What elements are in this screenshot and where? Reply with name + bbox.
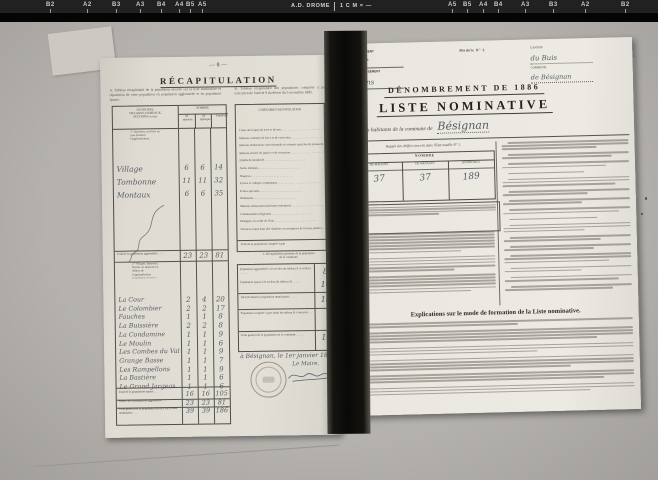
list-title: LISTE NOMINATIVE: [365, 95, 563, 118]
table-a-col-header: QUARTIERS, VILLAGES, HAMEAUX, SECTIONS o…: [129, 108, 162, 119]
ruler-tick: [190, 9, 191, 13]
ruler-mark-label: B4: [157, 2, 166, 8]
total-row: Total général de la population inscrite …: [117, 406, 230, 416]
houses-count: 23: [182, 398, 198, 406]
houses-count: 2: [181, 322, 197, 330]
households-count: 1: [197, 348, 213, 356]
ruler-mark-label: A5: [448, 2, 457, 8]
individuals-count: 9: [213, 365, 229, 373]
nombre-header: NOMBRE: [191, 106, 215, 110]
ruler-tick: [50, 9, 51, 13]
individuals-count: 9: [213, 330, 229, 338]
houses-count: 1: [181, 348, 197, 356]
individuals-count: 8: [213, 321, 229, 329]
households-count: 4: [196, 295, 212, 303]
left-column-paragraphs: [357, 230, 497, 298]
ruler-tick: [467, 9, 468, 13]
households-count: 23: [198, 398, 214, 406]
houses-count: 39: [182, 407, 198, 415]
individuals-count: 14: [210, 163, 226, 171]
households-count: 1: [197, 365, 213, 373]
households-count: 6: [195, 189, 211, 197]
col-maisons: de maisons: [183, 115, 191, 122]
section1-label: 1° Quartiers, sections ou rues formant l…: [130, 130, 161, 141]
category-label: Dépôts de mendicité . . . . . . . . . . …: [239, 158, 323, 162]
houses-count: 1: [181, 330, 197, 338]
houses-count: 1: [181, 339, 197, 347]
houses-count: 1: [181, 313, 197, 321]
hamlet-name: Les Rampellons: [119, 366, 180, 374]
table-row: Village6614: [113, 163, 226, 177]
ruler-tick: [140, 9, 141, 13]
individuals-count: 105: [214, 389, 230, 397]
left-page-recapitulation: — 8 — RÉCAPITULATION A. Tableau récapitu…: [100, 55, 341, 438]
col-menages: de ménages: [200, 115, 208, 122]
hamlet-name: Fauches: [119, 313, 180, 321]
houses-count: 11: [179, 177, 195, 185]
ruler-tick: [202, 9, 203, 13]
households-count: 1: [197, 374, 213, 382]
total-agglomerated-label: Total de la population agglomérée . . . …: [117, 252, 179, 261]
recap-label: Total (formant la population municipale)…: [240, 295, 312, 309]
table-row: Montaux6635: [114, 189, 227, 203]
houses-count: 6: [178, 164, 194, 172]
archive-label: A.D. DROME: [291, 3, 330, 9]
category-label: Maisons centrales de force et de correct…: [239, 135, 323, 139]
ruler-tick: [585, 9, 586, 13]
note-b: B. Tableau récapitulatif des populations…: [234, 86, 334, 103]
right-page-liste-nominative: DÉPARTEMENT de la Drôme ARRONDISSEMENT N…: [346, 37, 641, 416]
rappel-col-header: D'INDIVIDUS: [448, 160, 494, 168]
category-row: Ouvriers réunis dans des chantiers ou en…: [240, 227, 324, 235]
households-count: 1: [197, 313, 213, 321]
explanations-paragraphs: [359, 317, 635, 400]
commune-handwritten: Bésignan: [437, 119, 489, 134]
ruler-mark-label: A4: [479, 2, 488, 8]
households-count: 11: [195, 176, 211, 184]
table-c-title: C. Récapitulation générale de la populat…: [263, 252, 315, 260]
table-a-header: QUARTIERS, VILLAGES, HAMEAUX, SECTIONS o…: [113, 105, 226, 130]
hamlet-name: Tombonne: [117, 177, 178, 187]
households-count: 2: [196, 304, 212, 312]
ruler-tick: [625, 9, 626, 13]
individuals-count: 35: [211, 189, 227, 197]
households-count: 2: [197, 322, 213, 330]
category-label: Ouvriers réunis dans des chantiers ou en…: [240, 227, 324, 231]
individuals-count: 6: [213, 374, 229, 382]
recap-label: Total général de la population de la com…: [241, 333, 313, 350]
recap-label: Population comptée à part (total du tabl…: [241, 311, 313, 331]
hamlet-name: Le Colombier: [118, 305, 179, 313]
table-edge-line: [34, 445, 339, 467]
total-label: Total général de la population inscrite …: [119, 407, 181, 416]
rappel-table: NOMBRE DE MAISONS37DE MÉNAGES37D'INDIVID…: [355, 150, 496, 202]
mairie-stamp: [250, 361, 286, 397]
households-count: 16: [198, 389, 214, 397]
ruler-mark-label: A2: [581, 2, 590, 8]
individuals-count: 20: [212, 295, 228, 303]
form-number: Modèle N° 2: [448, 48, 496, 53]
houses-count: 2: [180, 304, 196, 312]
table-row: Tombonne111132: [114, 176, 227, 190]
individuals-count: 17: [212, 304, 228, 312]
right-column-list: [501, 139, 632, 295]
ruler-tick: [483, 9, 484, 13]
houses-count: 6: [179, 190, 195, 198]
ruler-mark-label: B2: [46, 2, 55, 8]
total-label: Report de la population agglomérée . . .: [119, 398, 181, 407]
section2-label: 2° Villages, hameaux, fermes ou maisons …: [132, 262, 163, 279]
ruler-separator: [334, 2, 335, 11]
ruler-mark-label: B5: [186, 2, 195, 8]
houses-count: 23: [180, 252, 196, 260]
individuals-count: 81: [212, 251, 228, 259]
ruler-mark-label: A3: [521, 2, 530, 8]
ruler-tick: [87, 9, 88, 13]
individuals-count: 81: [214, 398, 230, 406]
ruler-mark-label: A2: [83, 2, 92, 8]
ruler-mark-label: B4: [494, 2, 503, 8]
households-count: 1: [197, 330, 213, 338]
category-label: Maisons d'éducation correctionnelle et c…: [239, 143, 323, 147]
commune-label: COMMUNE: [531, 64, 593, 69]
ruler-tick: [161, 9, 162, 13]
category-label: Lycées et collèges communaux . . . . . .…: [240, 181, 324, 185]
category-label: Écoles spéciales . . . . . . . . . . . .…: [240, 189, 324, 193]
ruler-tick: [498, 9, 499, 13]
hamlet-name: La Condamine: [119, 331, 180, 339]
ruler-mark-label: A5: [198, 2, 207, 8]
scale-label: 1 C M = —: [340, 3, 372, 9]
ruler-mark-label: A3: [136, 2, 145, 8]
table-b-total-label: Total de la population comptée à part: [241, 242, 325, 246]
nota-box: [356, 201, 501, 235]
book-spine-shadow: [324, 31, 371, 434]
ruler-tick: [452, 9, 453, 13]
rappel-nombre-header: NOMBRE: [383, 153, 466, 159]
ruler-mark-label: A4: [175, 2, 184, 8]
individuals-count: 9: [213, 347, 229, 355]
ruler-tick: [179, 9, 180, 13]
individuals-count: 186: [214, 406, 230, 414]
ruler-mark-label: B5: [463, 2, 472, 8]
households-count: 39: [198, 407, 214, 415]
individuals-count: 8: [213, 313, 229, 321]
calibration-ruler: A.D. DROME 1 C M = — B2A2B3A3B4A4B5A5A5B…: [0, 0, 658, 22]
households-count: 6: [194, 163, 210, 171]
category-label: Maisons d'arrêt, de justice et de correc…: [239, 151, 323, 155]
dust-speck: [641, 213, 643, 215]
total-row: Total de la population agglomérée . . . …: [115, 251, 228, 265]
houses-count: 1: [181, 365, 197, 373]
ruler-tick: [553, 9, 554, 13]
nota-text-lines: [360, 204, 496, 220]
ruler-mark-label: B3: [549, 2, 558, 8]
ruler-mark-label: B3: [112, 2, 121, 8]
hamlet-name: Montaux: [117, 190, 178, 200]
dust-speck: [645, 197, 647, 200]
hamlet-name: Les Combes du Val: [119, 348, 180, 356]
individuals-count: 32: [211, 176, 227, 184]
table-a-population: QUARTIERS, VILLAGES, HAMEAUX, SECTIONS o…: [112, 104, 231, 426]
houses-count: 16: [182, 390, 198, 398]
list-subtitle: des habitants de la commune deBésignan: [362, 116, 602, 135]
category-label: Délégués à la solde de l'État . . . . . …: [240, 219, 324, 223]
canton-value: du Buis: [530, 52, 592, 62]
category-label: Communautés religieuses . . . . . . . . …: [240, 211, 324, 215]
ruler-tick: [116, 9, 117, 13]
table-b-title: CATÉGORIES DE POPULATION: [258, 108, 302, 112]
individuals-count: 7: [213, 356, 229, 364]
hamlet-name: Le Moulin: [119, 339, 180, 347]
ruler-mark-label: B2: [621, 2, 630, 8]
note-a: A. Tableau récapitulatif de la populatio…: [109, 87, 221, 105]
households-count: 1: [197, 356, 213, 364]
category-label: Hospices . . . . . . . . . . . . . . . .…: [240, 173, 324, 177]
total-label: Total de la population éparse . . .: [119, 390, 181, 399]
table-a-body: 1° Quartiers, sections ou rues formant l…: [113, 127, 230, 425]
individuals-count: 6: [213, 339, 229, 347]
households-count: 23: [196, 251, 212, 259]
hamlet-name: La Buissière: [119, 322, 180, 330]
hamlet-name: Grange Basse: [119, 357, 180, 365]
houses-count: 1: [181, 357, 197, 365]
category-label: Asiles d'aliénés . . . . . . . . . . . .…: [240, 166, 324, 170]
category-label: Séminaires . . . . . . . . . . . . . . .…: [240, 196, 324, 200]
col-individus: d'individus: [216, 114, 224, 118]
hamlet-name: La Cour: [118, 296, 179, 304]
households-count: 1: [197, 339, 213, 347]
canton-label: CANTON: [530, 45, 592, 50]
houses-count: 1: [181, 374, 197, 382]
hamlet-name: Village: [116, 164, 177, 174]
hamlet-name: La Bastière: [119, 374, 180, 382]
houses-count: 2: [180, 296, 196, 304]
rappel-label: Rappel des chiffres inscrits dans l'État…: [382, 143, 465, 149]
category-label: Maisons d'éducation (internats seulement…: [240, 204, 324, 208]
category-label: Corps de troupes de terre et de mer . . …: [239, 128, 323, 132]
archival-scan-viewer: A.D. DROME 1 C M = — B2A2B3A3B4A4B5A5A5B…: [0, 0, 658, 480]
ruler-tick: [525, 9, 526, 13]
recap-label: Population agglomérée (1re section du ta…: [240, 267, 312, 280]
rappel-col-header: DE MÉNAGES: [402, 162, 448, 170]
